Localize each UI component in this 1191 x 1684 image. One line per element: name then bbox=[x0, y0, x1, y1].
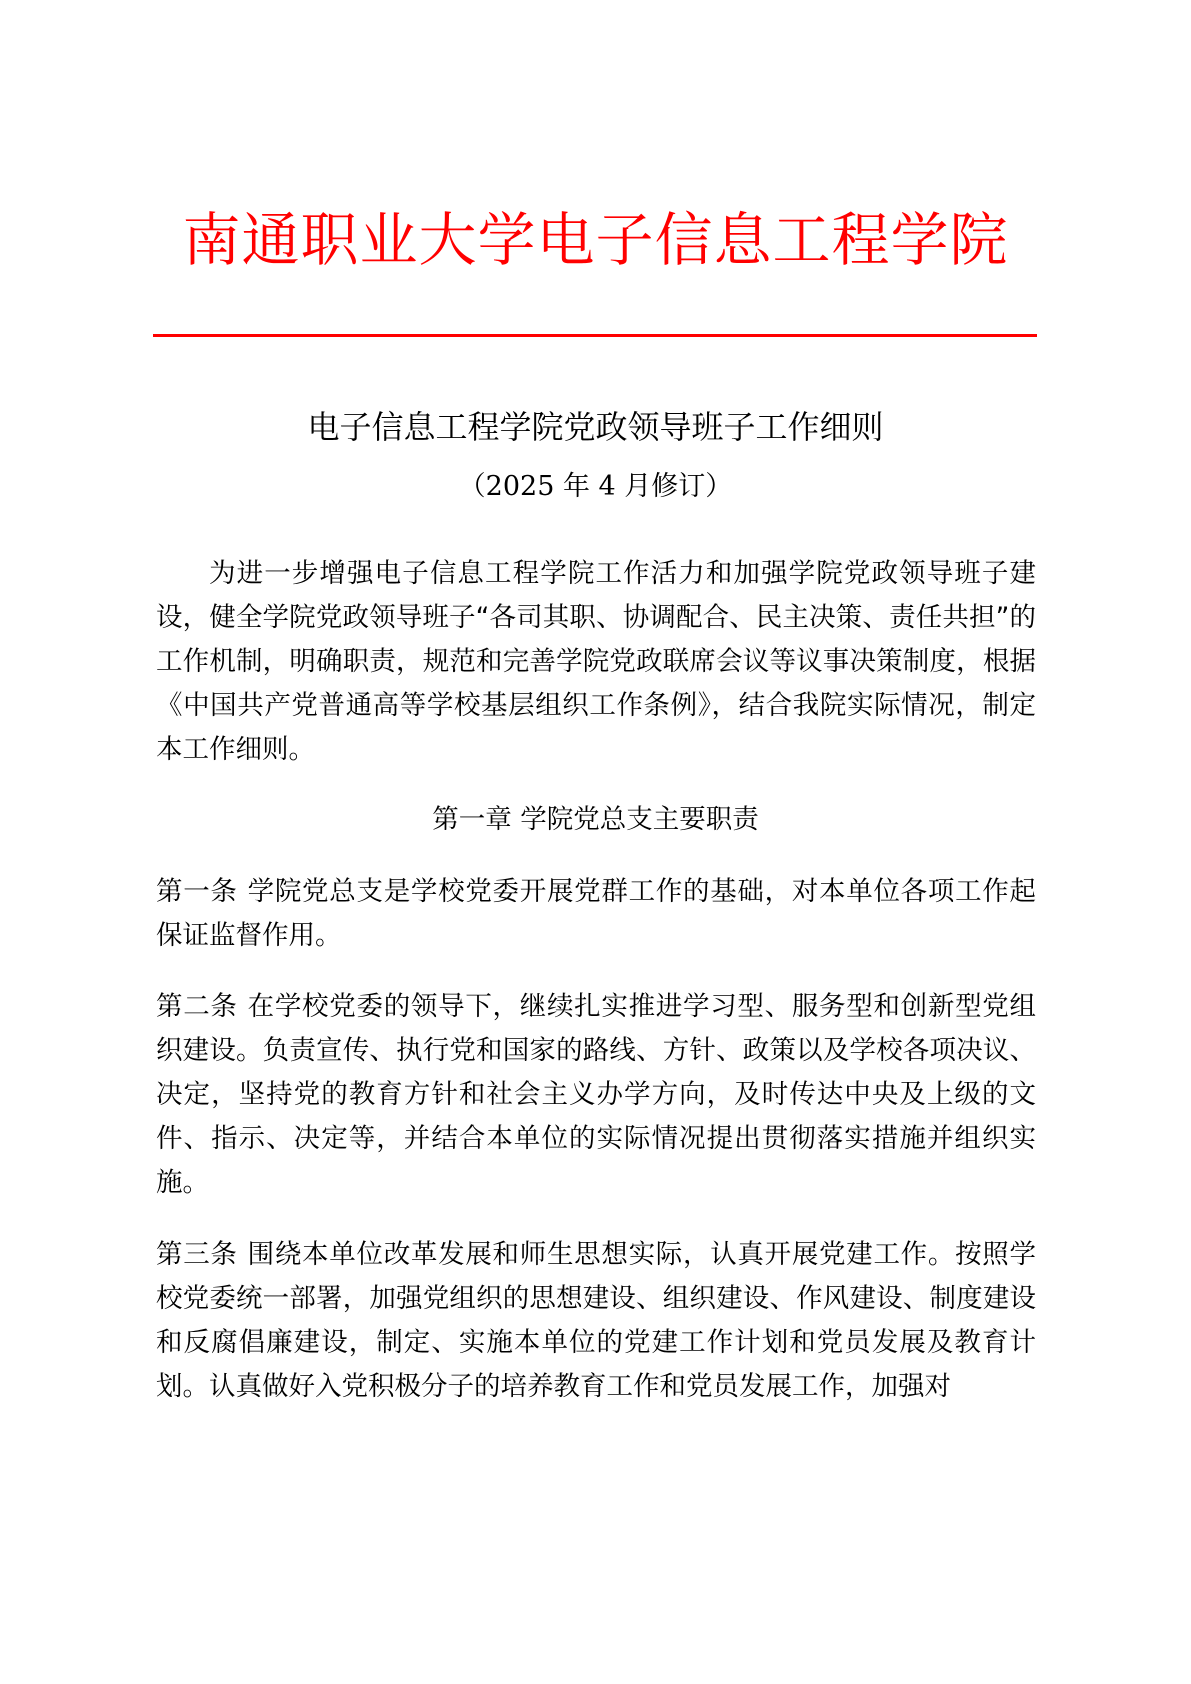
document-page: 南通职业大学电子信息工程学院 电子信息工程学院党政领导班子工作细则 （2025 … bbox=[0, 0, 1191, 1684]
article-paragraph: 第三条围绕本单位改革发展和师生思想实际，认真开展党建工作。按照学校党委统一部署，… bbox=[156, 1233, 1036, 1409]
article-paragraph: 第二条在学校党委的领导下，继续扎实推进学习型、服务型和创新型党组织建设。负责宣传… bbox=[156, 985, 1036, 1205]
article-text: 学院党总支是学校党委开展党群工作的基础，对本单位各项工作起保证监督作用。 bbox=[156, 876, 1036, 951]
document-title: 电子信息工程学院党政领导班子工作细则 bbox=[0, 405, 1191, 449]
institution-masthead: 南通职业大学电子信息工程学院 bbox=[0, 205, 1191, 275]
intro-paragraph: 为进一步增强电子信息工程学院工作活力和加强学院党政领导班子建设，健全学院党政领导… bbox=[156, 552, 1036, 772]
article-label: 第三条 bbox=[156, 1239, 238, 1270]
article-label: 第一条 bbox=[156, 876, 238, 907]
article-paragraph: 第一条学院党总支是学校党委开展党群工作的基础，对本单位各项工作起保证监督作用。 bbox=[156, 870, 1036, 958]
article-label: 第二条 bbox=[156, 991, 238, 1022]
chapter-heading: 第一章 学院党总支主要职责 bbox=[0, 800, 1191, 840]
red-header-rule bbox=[153, 334, 1037, 337]
article-text: 在学校党委的领导下，继续扎实推进学习型、服务型和创新型党组织建设。负责宣传、执行… bbox=[156, 991, 1036, 1198]
revision-date-subtitle: （2025 年 4 月修订） bbox=[0, 469, 1191, 505]
article-text: 围绕本单位改革发展和师生思想实际，认真开展党建工作。按照学校党委统一部署，加强党… bbox=[156, 1239, 1036, 1402]
